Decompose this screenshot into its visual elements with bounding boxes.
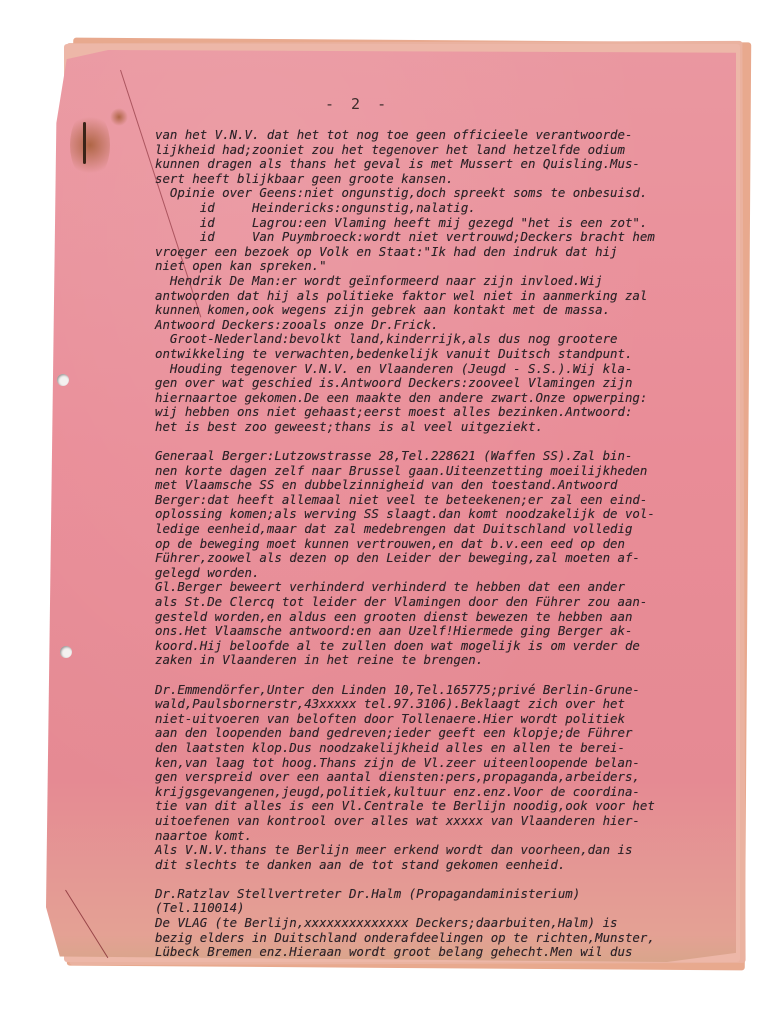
typed-line: Dr.Ratzlav Stellvertreter Dr.Halm (Propa… <box>155 887 755 902</box>
typed-line: niet open kan spreken." <box>155 259 755 274</box>
typed-line: naartoe komt. <box>155 829 755 844</box>
typed-line: zaken in Vlaanderen in het reine te bren… <box>155 653 755 668</box>
scanned-document-stage: - 2 - van het V.N.V. dat het tot nog toe… <box>0 0 768 1024</box>
typed-line: id Heindericks:ongunstig,nalatig. <box>155 201 755 216</box>
typed-line: wij hebben ons niet gehaast;eerst moest … <box>155 405 755 420</box>
typed-line: nen korte dagen zelf naar Brussel gaan.U… <box>155 464 755 479</box>
typed-line: Houding tegenover V.N.V. en Vlaanderen (… <box>155 362 755 377</box>
rust-stain <box>70 110 110 180</box>
typed-line: id Lagrou:een Vlaming heeft mij gezegd "… <box>155 216 755 231</box>
typed-line: gen verspreid over een aantal diensten:p… <box>155 770 755 785</box>
typed-line: den laatsten klop.Dus noodzakelijkheid a… <box>155 741 755 756</box>
typed-line: gelegd worden. <box>155 566 755 581</box>
typed-line: kunnen dragen als thans het geval is met… <box>155 157 755 172</box>
typed-line: bezig elders in Duitschland onderafdeeli… <box>155 931 755 946</box>
staple-icon <box>83 122 86 164</box>
typed-line: koord.Hij beloofde al te zullen doen wat… <box>155 639 755 654</box>
typed-line: Groot-Nederland:bevolkt land,kinderrijk,… <box>155 332 755 347</box>
paragraph-dr-emmendorfer: Dr.Emmendörfer,Unter den Linden 10,Tel.1… <box>155 683 755 873</box>
punch-hole-icon <box>57 374 69 386</box>
paragraph-opinions: Opinie over Geens:niet ongunstig,doch sp… <box>155 186 755 274</box>
typed-line: Gl.Berger beweert verhinderd verhinderd … <box>155 580 755 595</box>
typed-line: Generaal Berger:Lutzowstrasse 28,Tel.228… <box>155 449 755 464</box>
typed-line: met Vlaamsche SS en dubbelzinnigheid van… <box>155 478 755 493</box>
paragraph-groot-nederland: Groot-Nederland:bevolkt land,kinderrijk,… <box>155 332 755 361</box>
page-number: - 2 - <box>325 95 390 113</box>
typed-line: Hendrik De Man:er wordt geïnformeerd naa… <box>155 274 755 289</box>
typed-line: uitoefenen van kontrool over alles wat x… <box>155 814 755 829</box>
typed-line: als St.De Clercq tot leider der Vlaminge… <box>155 595 755 610</box>
typed-line: sert heeft blijkbaar geen groote kansen. <box>155 172 755 187</box>
typed-line: ken,van laag tot hoog.Thans zijn de Vl.z… <box>155 756 755 771</box>
paragraph-vnv-responsibility: van het V.N.V. dat het tot nog toe geen … <box>155 128 755 186</box>
blank-line <box>155 434 755 449</box>
paragraph-dr-ratzlav: Dr.Ratzlav Stellvertreter Dr.Halm (Propa… <box>155 887 755 960</box>
paragraph-generaal-berger: Generaal Berger:Lutzowstrasse 28,Tel.228… <box>155 449 755 580</box>
typed-line: vroeger een bezoek op Volk en Staat:"Ik … <box>155 245 755 260</box>
typed-line: Als V.N.V.thans te Berlijn meer erkend w… <box>155 843 755 858</box>
typed-line: hiernaartoe gekomen.De een maakte den an… <box>155 391 755 406</box>
typed-line: ons.Het Vlaamsche antwoord:en aan Uzelf!… <box>155 624 755 639</box>
typed-line: kunnen komen,ook wegens zijn gebrek aan … <box>155 303 755 318</box>
typed-line: Antwoord Deckers:zooals onze Dr.Frick. <box>155 318 755 333</box>
typed-line: gen over wat geschied is.Antwoord Decker… <box>155 376 755 391</box>
paragraph-hendrik-de-man: Hendrik De Man:er wordt geïnformeerd naa… <box>155 274 755 332</box>
typed-line: (Tel.110014) <box>155 901 755 916</box>
typed-line: id Van Puymbroeck:wordt niet vertrouwd;D… <box>155 230 755 245</box>
typed-line: Opinie over Geens:niet ongunstig,doch sp… <box>155 186 755 201</box>
typed-line: dit slechts te danken aan de tot stand g… <box>155 858 755 873</box>
blank-line <box>155 872 755 887</box>
paragraph-gl-berger: Gl.Berger beweert verhinderd verhinderd … <box>155 580 755 668</box>
typed-line: Führer,zoowel als dezen op den Leider de… <box>155 551 755 566</box>
typed-line: lijkheid had;zooniet zou het tegenover h… <box>155 143 755 158</box>
typed-line: Dr.Emmendörfer,Unter den Linden 10,Tel.1… <box>155 683 755 698</box>
typed-line: antwoorden dat hij als politieke faktor … <box>155 289 755 304</box>
typed-line: gesteld worden,en aldus een grooten dien… <box>155 610 755 625</box>
typed-line: op de beweging moet kunnen vertrouwen,en… <box>155 537 755 552</box>
typed-line: oplossing komen;als werving SS slaagt.da… <box>155 507 755 522</box>
typed-line: krijgsgevangenen,jeugd,politiek,kultuur … <box>155 785 755 800</box>
typed-line: Lübeck Bremen enz.Hieraan wordt groot be… <box>155 945 755 960</box>
typed-line: De VLAG (te Berlijn,xxxxxxxxxxxxxx Decke… <box>155 916 755 931</box>
paragraph-houding-vnv: Houding tegenover V.N.V. en Vlaanderen (… <box>155 362 755 435</box>
punch-hole-icon <box>60 646 72 658</box>
typed-body-text: van het V.N.V. dat het tot nog toe geen … <box>155 128 755 960</box>
typed-line: aan den loopenden band gedreven;ieder ge… <box>155 726 755 741</box>
typed-line: van het V.N.V. dat het tot nog toe geen … <box>155 128 755 143</box>
typed-line: ledige eenheid,maar dat zal medebrengen … <box>155 522 755 537</box>
rust-stain <box>110 108 128 126</box>
typed-line: het is best zoo geweest;thans is al veel… <box>155 420 755 435</box>
typed-line: tie van dit alles is een Vl.Centrale te … <box>155 799 755 814</box>
typed-line: wald,Paulsbornerstr,43xxxxx tel.97.3106)… <box>155 697 755 712</box>
blank-line <box>155 668 755 683</box>
typed-line: Berger:dat heeft allemaal niet veel te b… <box>155 493 755 508</box>
typed-line: niet-uitvoeren van beloften door Tollena… <box>155 712 755 727</box>
typed-line: ontwikkeling te verwachten,bedenkelijk v… <box>155 347 755 362</box>
